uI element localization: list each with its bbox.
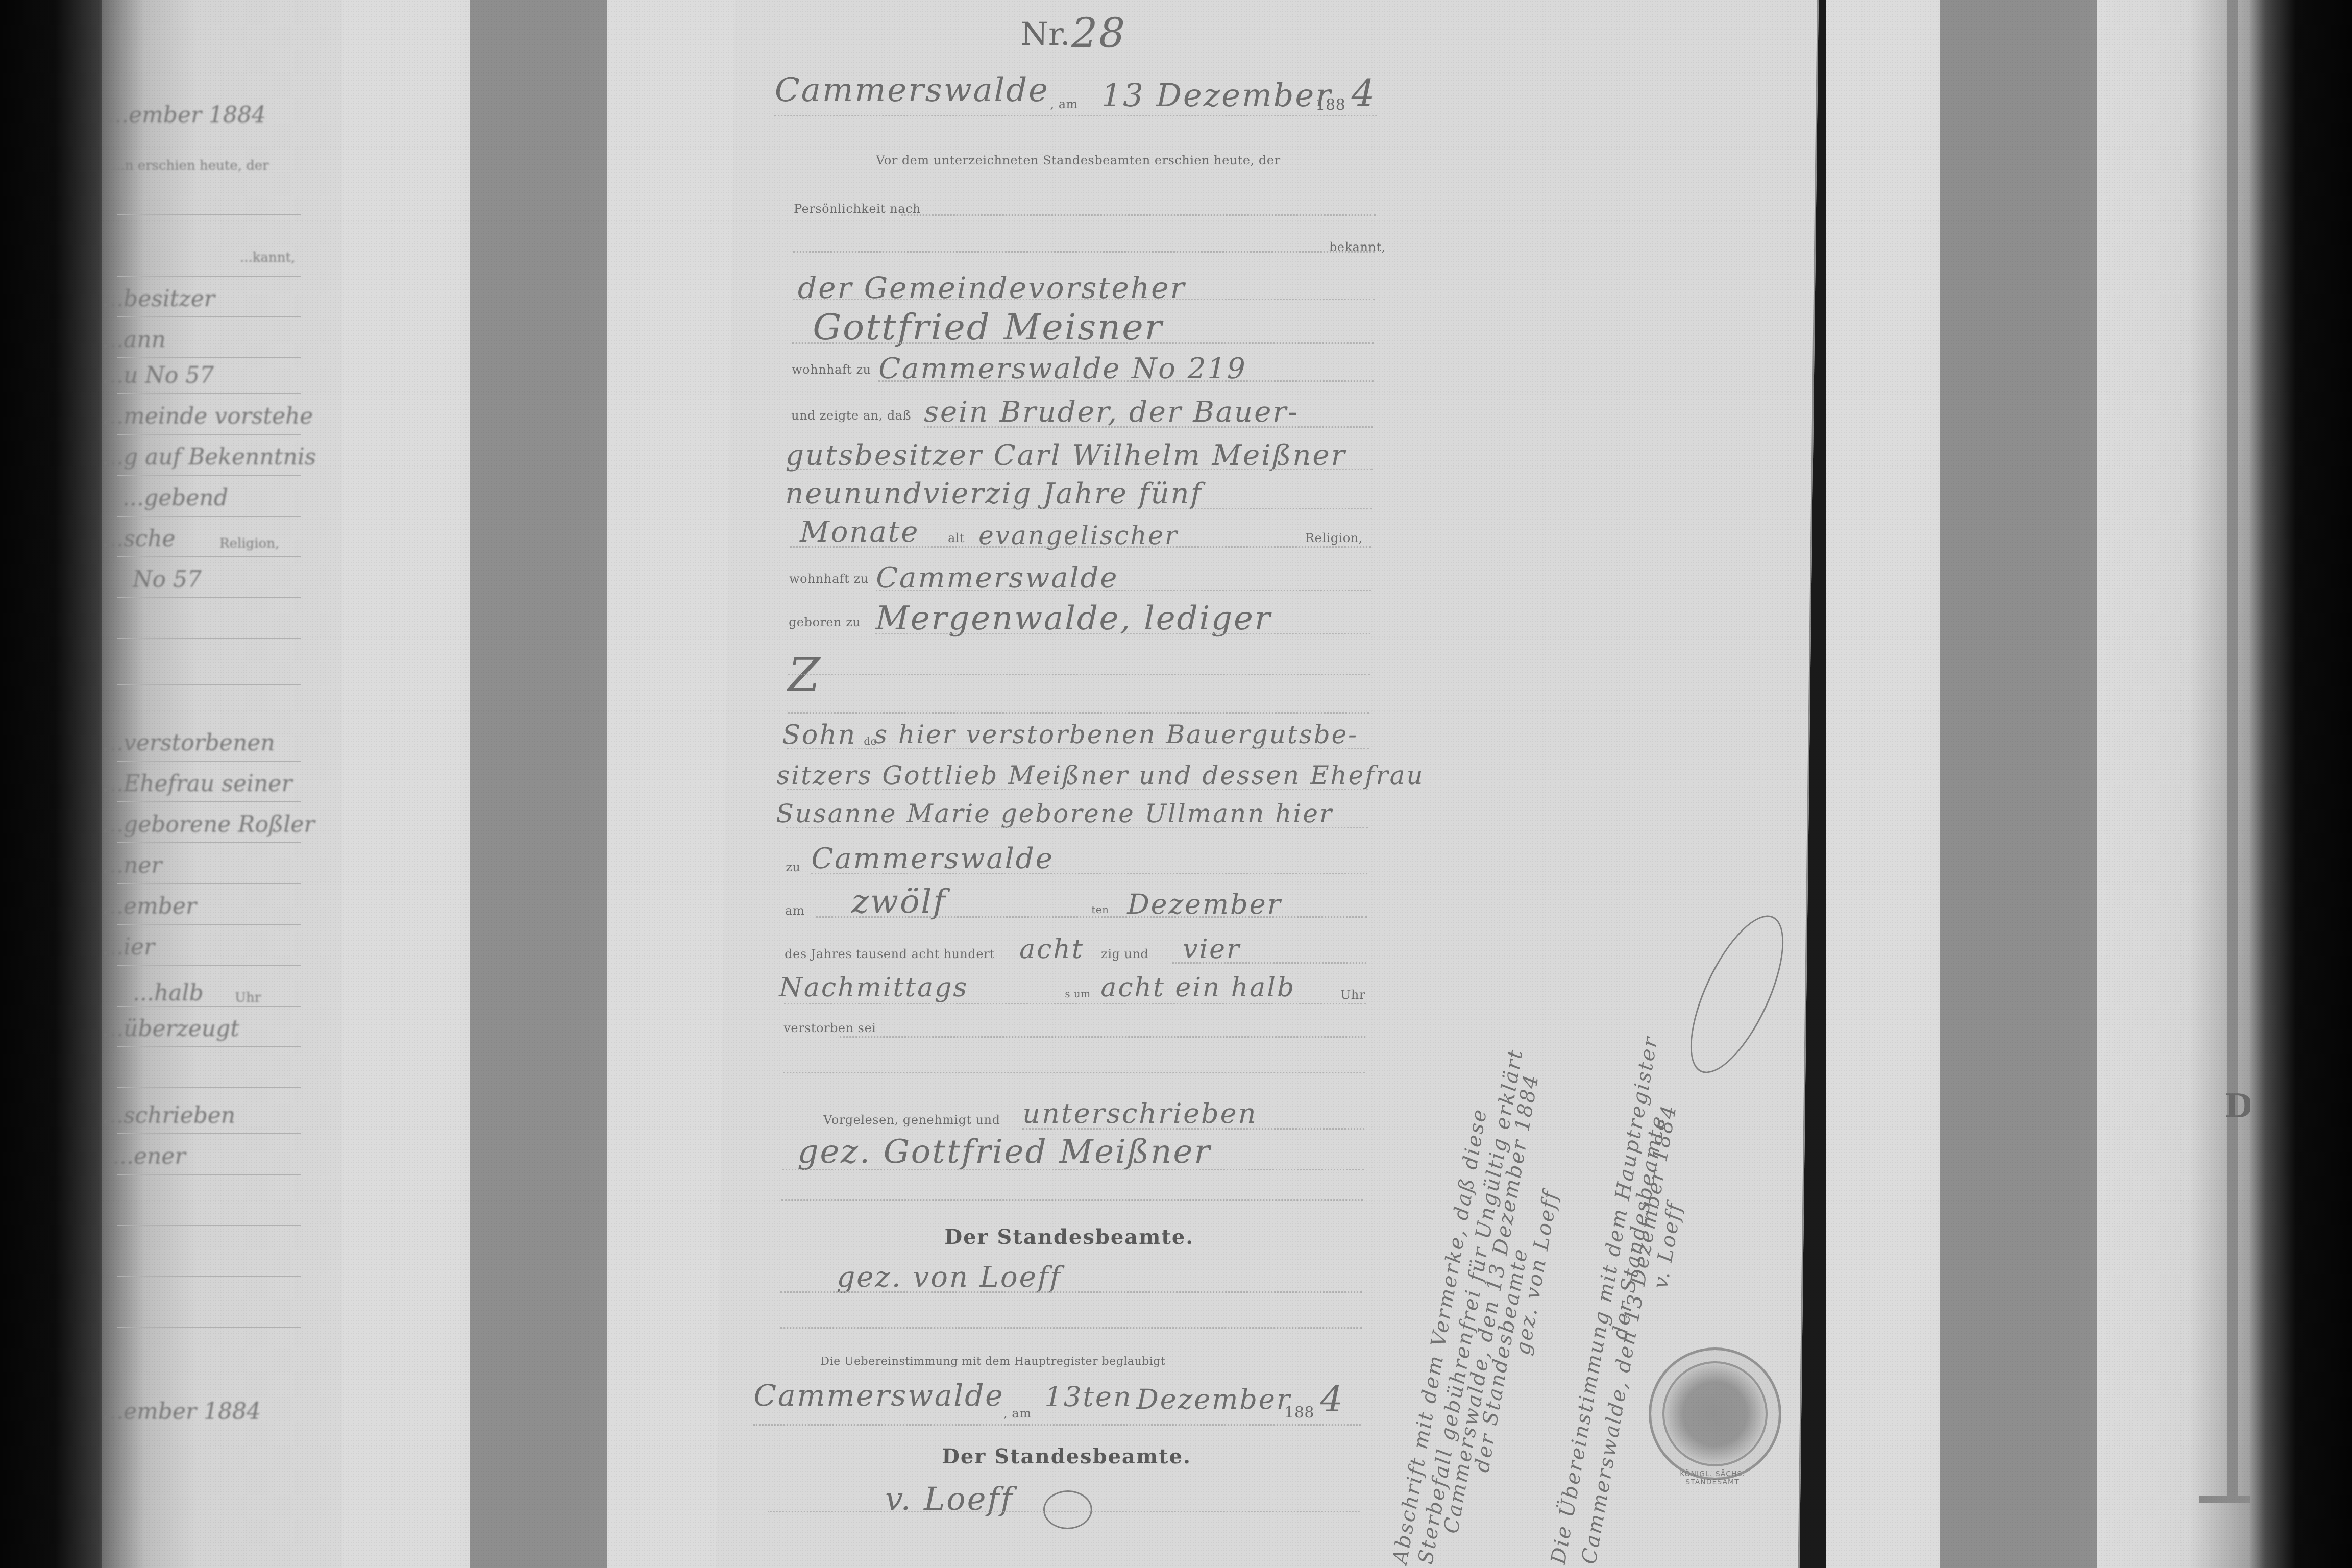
rule xyxy=(117,761,301,762)
death-place: Cammerswalde xyxy=(811,842,1054,875)
rule xyxy=(117,597,301,598)
dotted-line xyxy=(876,590,1371,591)
cert-year-digit: 4 xyxy=(1320,1378,1345,1420)
registrar-signature: gez. von Loeff xyxy=(837,1261,1062,1294)
stamp-text: KÖNIGL. SÄCHS. STANDESAMT xyxy=(1654,1470,1771,1486)
rule xyxy=(117,556,301,557)
left-hw-lower: ...schrieben xyxy=(102,1102,235,1129)
age-line: neunundvierzig Jahre fünf xyxy=(785,477,1203,510)
left-hw-lower: ...ener xyxy=(112,1143,185,1169)
left-hw-line: ...g auf Bekenntnis xyxy=(102,444,316,470)
rule xyxy=(117,276,301,277)
dotted-line xyxy=(1022,1128,1364,1130)
rule xyxy=(117,214,301,215)
dotted-line xyxy=(840,1036,1365,1038)
zu-text: zu xyxy=(786,860,800,874)
rule xyxy=(117,1087,301,1088)
dotted-line xyxy=(788,712,1369,714)
left-hw-lower: ...ier xyxy=(102,934,155,960)
dotted-line xyxy=(787,789,1368,790)
dotted-line xyxy=(901,214,1376,216)
rule xyxy=(117,965,301,966)
dotted-line xyxy=(1172,962,1366,964)
left-hw-line: ...sche xyxy=(102,526,176,552)
dotted-line xyxy=(793,299,1375,300)
ten-text: ten xyxy=(1091,903,1109,916)
dotted-line xyxy=(924,426,1373,428)
dotted-line xyxy=(792,342,1374,344)
dotted-line xyxy=(790,546,1371,548)
parents-line-2: sitzers Gottlieb Meißner und dessen Ehef… xyxy=(776,761,1425,790)
time: acht ein halb xyxy=(1100,972,1296,1003)
left-hw-line: ...besitzer xyxy=(102,286,215,312)
page-border-bar xyxy=(2227,0,2238,1496)
religion-text: Religion, xyxy=(1305,531,1363,545)
persoenlichkeit-text: Persönlichkeit nach xyxy=(794,202,921,216)
entry-number: 28 xyxy=(1071,9,1127,57)
left-hw-line: ...meinde vorstehe xyxy=(102,403,313,429)
approval-handwritten: unterschrieben xyxy=(1022,1097,1258,1130)
informant-signature: gez. Gottfried Meißner xyxy=(797,1133,1211,1171)
rule xyxy=(117,1133,301,1134)
dotted-line xyxy=(787,748,1369,749)
date-handwritten: 13 Dezember xyxy=(1101,77,1332,114)
strip-gray xyxy=(470,0,607,1568)
left-hw-lower: ...ner xyxy=(102,852,162,878)
rule xyxy=(117,1046,301,1047)
verstorben-text: verstorben sei xyxy=(783,1021,876,1035)
rule xyxy=(117,842,301,843)
rule xyxy=(117,883,301,884)
dotted-line xyxy=(782,1169,1364,1170)
dotted-line xyxy=(875,633,1370,634)
official-seal-stamp xyxy=(1649,1347,1781,1480)
registrar-title: Der Standesbeamte. xyxy=(944,1225,1194,1249)
rule xyxy=(117,393,301,394)
cert-month: Dezember xyxy=(1136,1383,1291,1415)
left-hw-lower: ...geborene Roßler xyxy=(102,812,314,838)
rule xyxy=(117,1225,301,1226)
left-header-date: ...ember 1884 xyxy=(107,102,266,128)
dotted-line xyxy=(816,916,1367,918)
cert-year: 188 xyxy=(1284,1404,1314,1422)
year-unit: vier xyxy=(1183,934,1241,965)
year-text: des Jahres tausend acht hundert xyxy=(785,947,995,961)
microfilm-scan-view: ...ember 1884 ...n erschien heute, der .… xyxy=(0,0,2352,1568)
left-hw-line: ...ann xyxy=(102,327,166,353)
wohnhaft-text: wohnhaft zu xyxy=(792,362,871,377)
registrar-title-2: Der Standesbeamte. xyxy=(942,1444,1192,1468)
intro-text: Vor dem unterzeichneten Standesbeamten e… xyxy=(876,153,1281,167)
dotted-line xyxy=(878,380,1374,382)
year-digit: 4 xyxy=(1351,71,1377,114)
cert-place: Cammerswalde xyxy=(753,1378,1004,1413)
rule xyxy=(117,924,301,925)
dotted-line xyxy=(788,674,1370,675)
geboren-text: geboren zu xyxy=(789,615,861,629)
left-page-previous-entry: ...ember 1884 ...n erschien heute, der .… xyxy=(102,0,342,1568)
dotted-line xyxy=(784,1003,1366,1004)
printed-year: 188 xyxy=(1315,96,1345,114)
death-day: zwölf xyxy=(851,883,947,921)
time-of-day: Nachmittags xyxy=(779,972,969,1003)
rule xyxy=(117,1174,301,1175)
main-page-entry-28: Nr. 28 Cammerswalde , am 13 Dezember 188… xyxy=(716,0,1819,1568)
certification-text: Die Uebereinstimmung mit dem Hauptregist… xyxy=(820,1355,1165,1368)
printed-letter: D xyxy=(2224,1087,2253,1125)
place-handwritten: Cammerswalde xyxy=(774,71,1049,109)
am-text: am xyxy=(785,903,804,918)
left-printed-religion: Religion, xyxy=(219,536,279,551)
strip-gray xyxy=(1940,0,2097,1568)
rule xyxy=(117,516,301,517)
monate: Monate xyxy=(800,516,920,549)
dotted-line xyxy=(780,1327,1362,1329)
dotted-line xyxy=(786,827,1368,828)
parents-sohn: Sohn xyxy=(782,720,857,750)
strip-light xyxy=(342,0,470,1568)
left-hw-lower: ...verstorbenen xyxy=(102,730,275,756)
cert-am: , am xyxy=(1003,1406,1032,1420)
rule xyxy=(117,357,301,358)
dotted-line xyxy=(753,1424,1361,1426)
approval-text: Vorgelesen, genehmigt und xyxy=(823,1113,1000,1127)
left-hw-line: ...u No 57 xyxy=(102,362,214,388)
wohnhaft-text-2: wohnhaft zu xyxy=(789,572,869,586)
left-hw-lower: ...überzeugt xyxy=(102,1016,239,1042)
parents-line-3: Susanne Marie geborene Ullmann hier xyxy=(776,799,1333,828)
left-footer-date: ...ember 1884 xyxy=(102,1399,261,1425)
year-decade: acht xyxy=(1019,934,1084,965)
parents-line-1: s hier verstorbenen Bauergutsbe- xyxy=(874,720,1359,749)
entry-number-label: Nr. xyxy=(1020,15,1071,53)
deceased-line-1: sein Bruder, der Bauer- xyxy=(924,396,1300,429)
dotted-line xyxy=(781,1199,1363,1201)
rule xyxy=(117,684,301,685)
dotted-line xyxy=(783,1072,1365,1073)
birthplace: Mergenwalde, lediger xyxy=(875,600,1272,638)
um-text: s um xyxy=(1065,988,1091,1000)
rule xyxy=(117,1276,301,1277)
deceased-line-2: gutsbesitzer Carl Wilhelm Meißner xyxy=(786,439,1346,472)
dotted-line xyxy=(791,469,1373,470)
signature-flourish xyxy=(1043,1490,1092,1529)
printed-am: , am xyxy=(1050,97,1078,111)
rule xyxy=(117,316,301,317)
dotted-line xyxy=(768,1511,1360,1512)
left-hw-lower: ...ember xyxy=(102,893,197,919)
alt-text: alt xyxy=(948,531,965,545)
left-printed-kannt: ...kannt, xyxy=(240,250,295,265)
left-hw-lower: ...halb xyxy=(133,980,204,1006)
rule xyxy=(117,434,301,435)
dotted-line xyxy=(790,508,1372,509)
zig-und-text: zig und xyxy=(1101,947,1148,961)
rule xyxy=(117,638,301,639)
rule xyxy=(117,1327,301,1328)
left-hw-lower: ...Ehefrau seiner xyxy=(102,771,292,797)
zeigte-an-text: und zeigte an, daß xyxy=(791,408,911,423)
rule xyxy=(117,801,301,802)
left-hw-line: ...gebend xyxy=(122,485,228,511)
dotted-line xyxy=(793,251,1375,253)
uhr-text: Uhr xyxy=(1340,988,1365,1002)
dotted-line xyxy=(811,873,1367,874)
strip-light xyxy=(1826,0,1940,1568)
left-printed-uhr: Uhr xyxy=(235,990,261,1006)
rule xyxy=(117,1006,301,1007)
right-page-next: D xyxy=(2097,0,2250,1568)
left-hw-number: No 57 xyxy=(133,567,202,593)
dotted-line xyxy=(774,115,1377,116)
left-printed-intro: ...n erschien heute, der xyxy=(112,158,269,174)
death-month: Dezember xyxy=(1127,888,1282,920)
rule xyxy=(117,475,301,476)
dotted-line xyxy=(780,1291,1362,1293)
cert-day: 13ten xyxy=(1044,1381,1133,1413)
film-edge-right xyxy=(2250,0,2352,1568)
